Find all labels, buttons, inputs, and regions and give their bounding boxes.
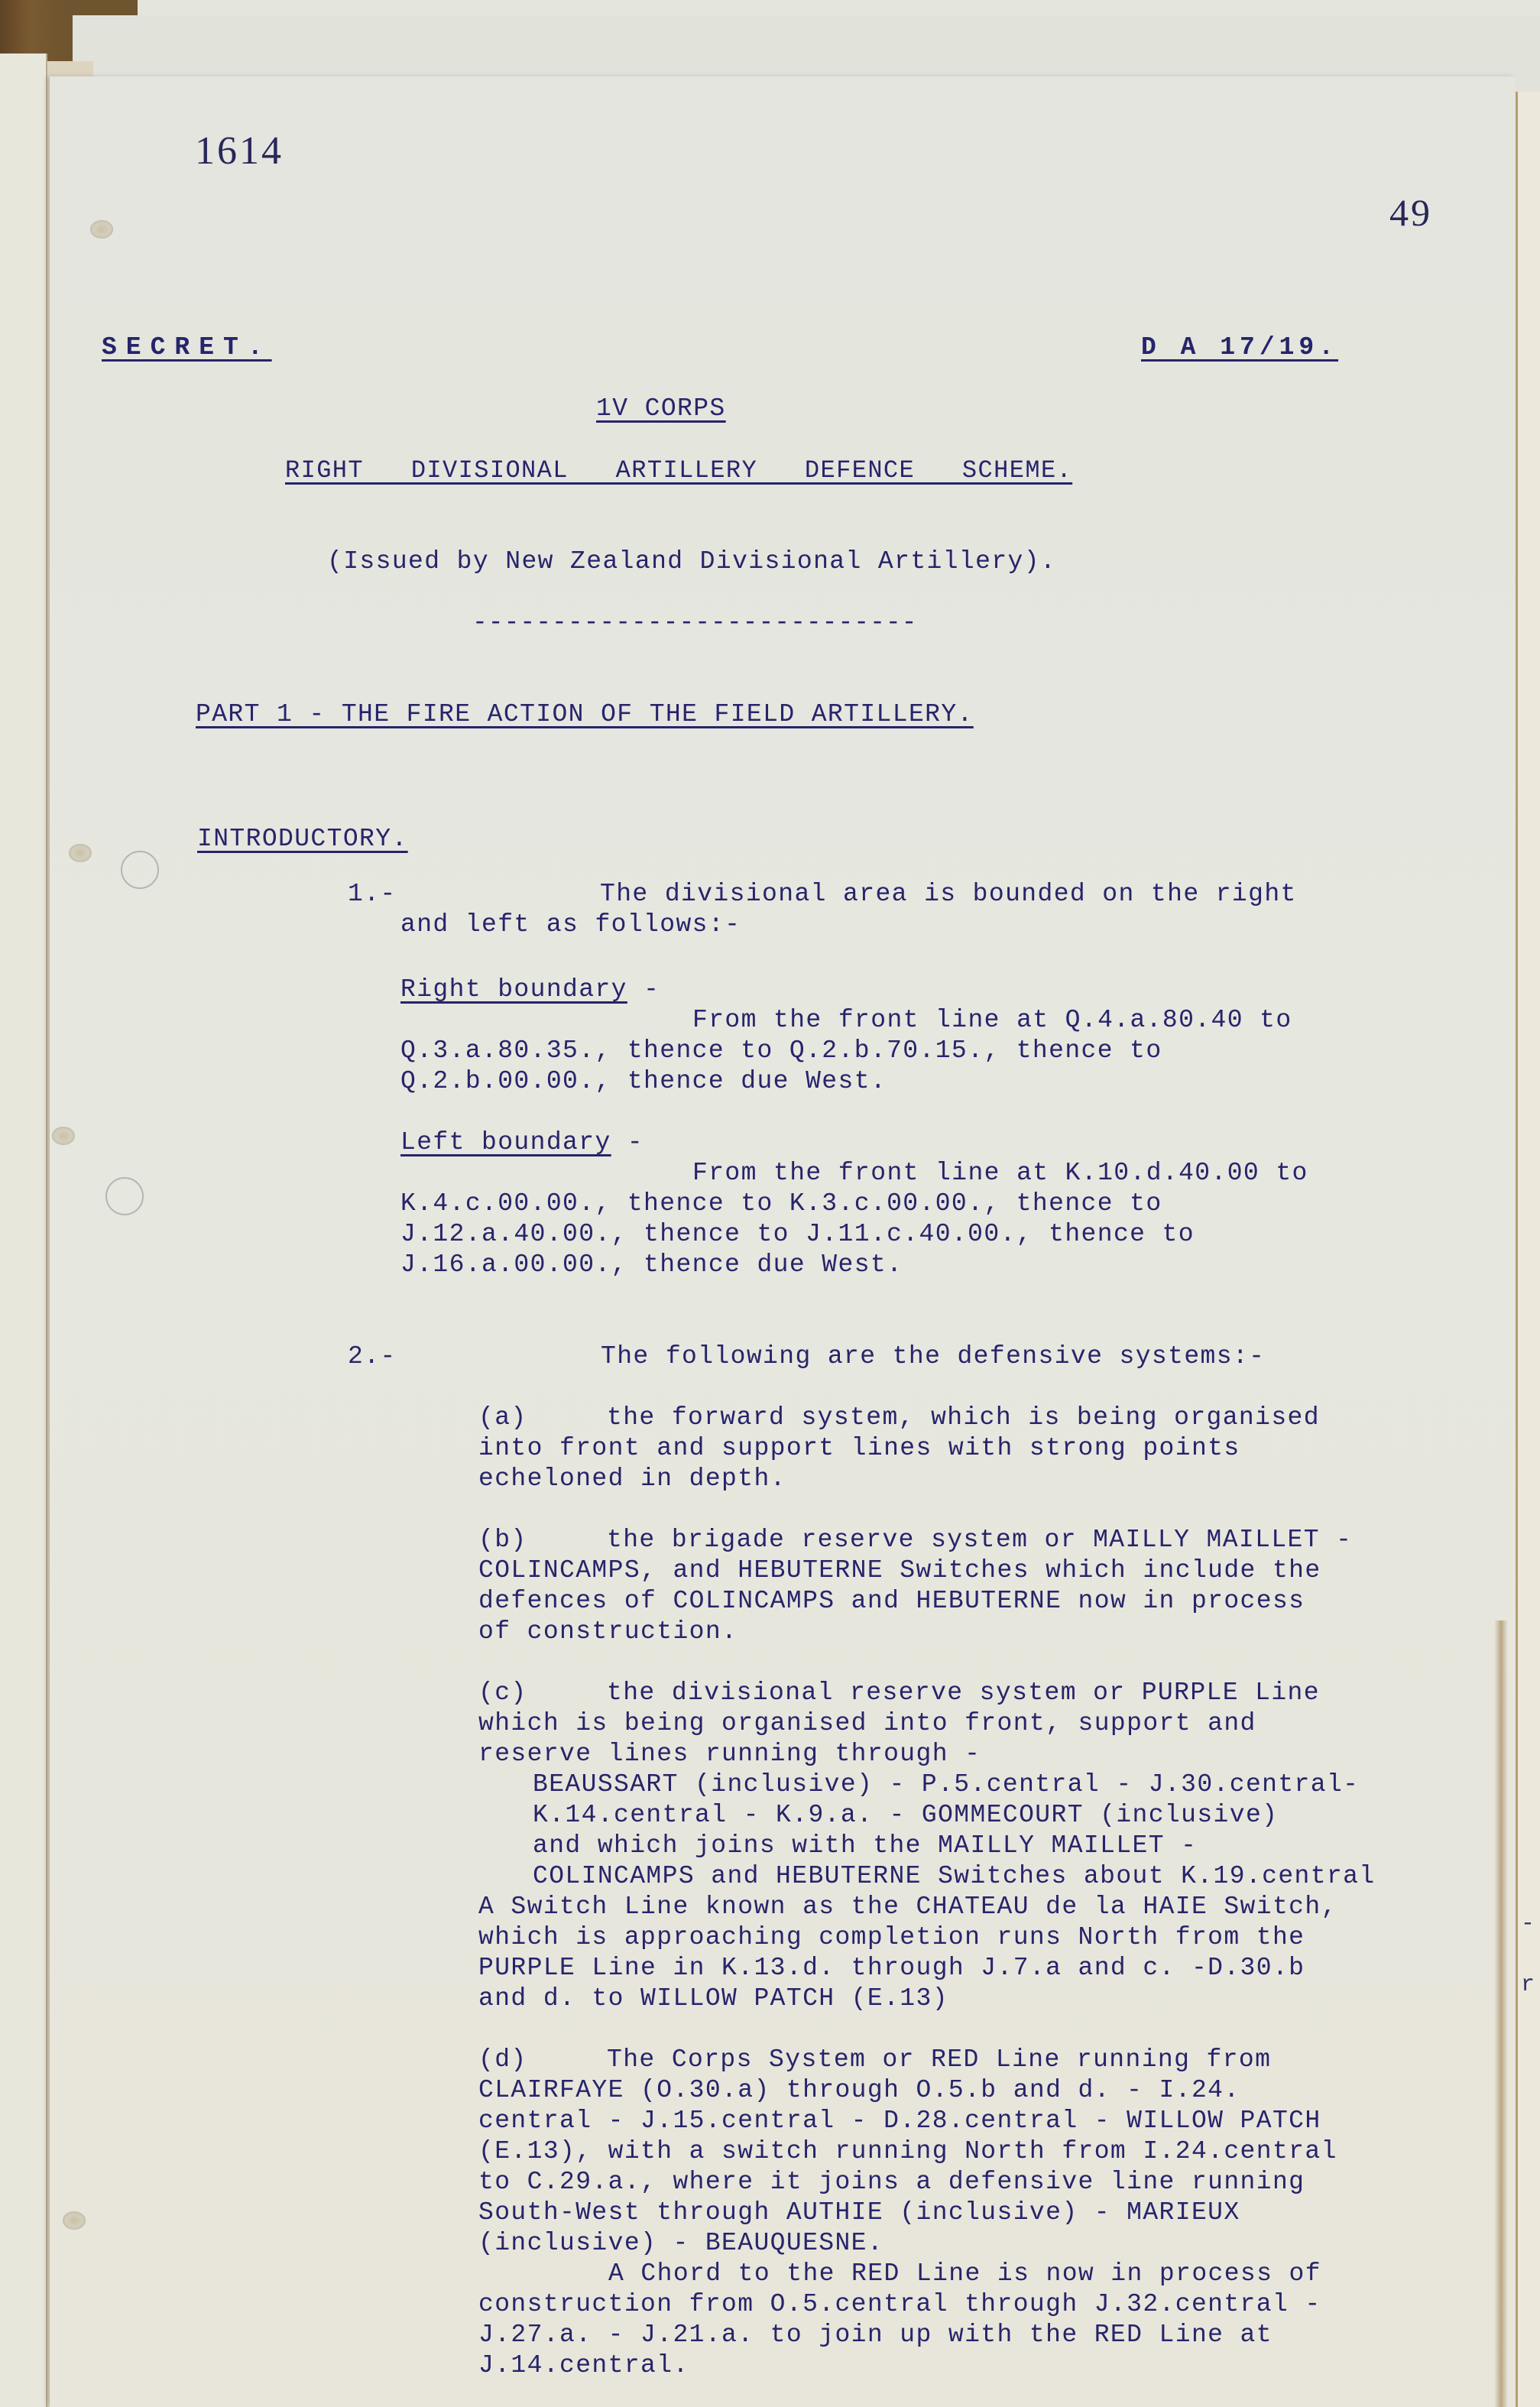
chord-line: A Chord to the RED Line is now in proces… xyxy=(608,2259,1321,2289)
boundary-line: From the front line at Q.4.a.80.40 to xyxy=(692,1005,1292,1036)
typewritten-document: 1614 49 SECRET. D A 17/19. 1V CORPS RIGH… xyxy=(0,0,1540,2407)
item-line-indented: K.14.central - K.9.a. - GOMMECOURT (incl… xyxy=(533,1800,1278,1831)
classification-label: SECRET. xyxy=(102,333,272,363)
item-letter: (b) xyxy=(478,1525,527,1555)
paragraph-number: 2.- xyxy=(348,1341,397,1372)
item-line: which is approaching completion runs Nor… xyxy=(478,1922,1305,1953)
chord-line: J.14.central. xyxy=(478,2350,689,2381)
paragraph-intro: The following are the defensive systems:… xyxy=(601,1341,1265,1372)
section-heading: INTRODUCTORY. xyxy=(197,824,408,855)
item-line: into front and support lines with strong… xyxy=(478,1433,1240,1464)
item-letter: (d) xyxy=(478,2045,527,2075)
document-reference: D A 17/19. xyxy=(1141,333,1338,363)
item-line: to C.29.a., where it joins a defensive l… xyxy=(478,2167,1305,2198)
item-line: PURPLE Line in K.13.d. through J.7.a and… xyxy=(478,1953,1305,1984)
adjacent-page-fragment: - xyxy=(1521,1911,1535,1937)
right-boundary-heading: Right boundary - xyxy=(400,975,660,1005)
boundary-line: J.12.a.40.00., thence to J.11.c.40.00., … xyxy=(400,1219,1195,1250)
file-number: 1614 xyxy=(195,136,284,167)
item-line: central - J.15.central - D.28.central - … xyxy=(478,2106,1321,2136)
item-line: of construction. xyxy=(478,1617,738,1647)
item-line: CLAIRFAYE (O.30.a) through O.5.b and d. … xyxy=(478,2075,1240,2106)
item-line: (inclusive) - BEAUQUESNE. xyxy=(478,2228,883,2259)
item-line: the brigade reserve system or MAILLY MAI… xyxy=(607,1525,1352,1555)
item-letter: (a) xyxy=(478,1403,527,1433)
item-letter: (c) xyxy=(478,1678,527,1708)
dash: - xyxy=(611,1128,644,1156)
page-number: 49 xyxy=(1389,197,1432,228)
dash: - xyxy=(627,975,660,1004)
boundary-line: K.4.c.00.00., thence to K.3.c.00.00., th… xyxy=(400,1189,1162,1219)
boundary-line: J.16.a.00.00., thence due West. xyxy=(400,1250,903,1280)
document-title: RIGHT DIVISIONAL ARTILLERY DEFENCE SCHEM… xyxy=(285,456,1072,486)
paragraph-line: and left as follows:- xyxy=(400,910,741,940)
item-line: reserve lines running through - xyxy=(478,1739,981,1770)
paragraph-number: 1.- xyxy=(348,879,397,910)
chord-line: J.27.a. - J.21.a. to join up with the RE… xyxy=(478,2320,1273,2350)
item-line: defences of COLINCAMPS and HEBUTERNE now… xyxy=(478,1586,1305,1617)
item-line: and d. to WILLOW PATCH (E.13) xyxy=(478,1984,948,2014)
item-line: COLINCAMPS, and HEBUTERNE Switches which… xyxy=(478,1555,1321,1586)
left-boundary-label: Left boundary xyxy=(400,1128,611,1156)
item-line: the divisional reserve system or PURPLE … xyxy=(607,1678,1320,1708)
boundary-line: Q.3.a.80.35., thence to Q.2.b.70.15., th… xyxy=(400,1036,1162,1066)
boundary-line: Q.2.b.00.00., thence due West. xyxy=(400,1066,887,1097)
left-boundary-heading: Left boundary - xyxy=(400,1127,644,1158)
chord-line: construction from O.5.central through J.… xyxy=(478,2289,1321,2320)
item-line: A Switch Line known as the CHATEAU de la… xyxy=(478,1892,1337,1922)
part-heading: PART 1 - THE FIRE ACTION OF THE FIELD AR… xyxy=(196,699,974,730)
item-line: (E.13), with a switch running North from… xyxy=(478,2136,1337,2167)
item-line-indented: and which joins with the MAILLY MAILLET … xyxy=(533,1831,1197,1861)
corps-heading: 1V CORPS xyxy=(596,394,726,424)
item-line: South-West through AUTHIE (inclusive) - … xyxy=(478,2198,1240,2228)
item-line: which is being organised into front, sup… xyxy=(478,1708,1256,1739)
item-line: echeloned in depth. xyxy=(478,1464,786,1494)
adjacent-page-fragment: r xyxy=(1521,1972,1535,1998)
right-boundary-label: Right boundary xyxy=(400,975,627,1004)
item-line-indented: BEAUSSART (inclusive) - P.5.central - J.… xyxy=(533,1770,1359,1800)
item-line: The Corps System or RED Line running fro… xyxy=(607,2045,1271,2075)
issued-by-line: (Issued by New Zealand Divisional Artill… xyxy=(327,547,1056,577)
paragraph-line: The divisional area is bounded on the ri… xyxy=(600,879,1297,910)
item-line: the forward system, which is being organ… xyxy=(607,1403,1320,1433)
boundary-line: From the front line at K.10.d.40.00 to xyxy=(692,1158,1308,1189)
item-line-indented: COLINCAMPS and HEBUTERNE Switches about … xyxy=(533,1861,1376,1892)
separator-line: ---------------------------- xyxy=(472,608,918,638)
